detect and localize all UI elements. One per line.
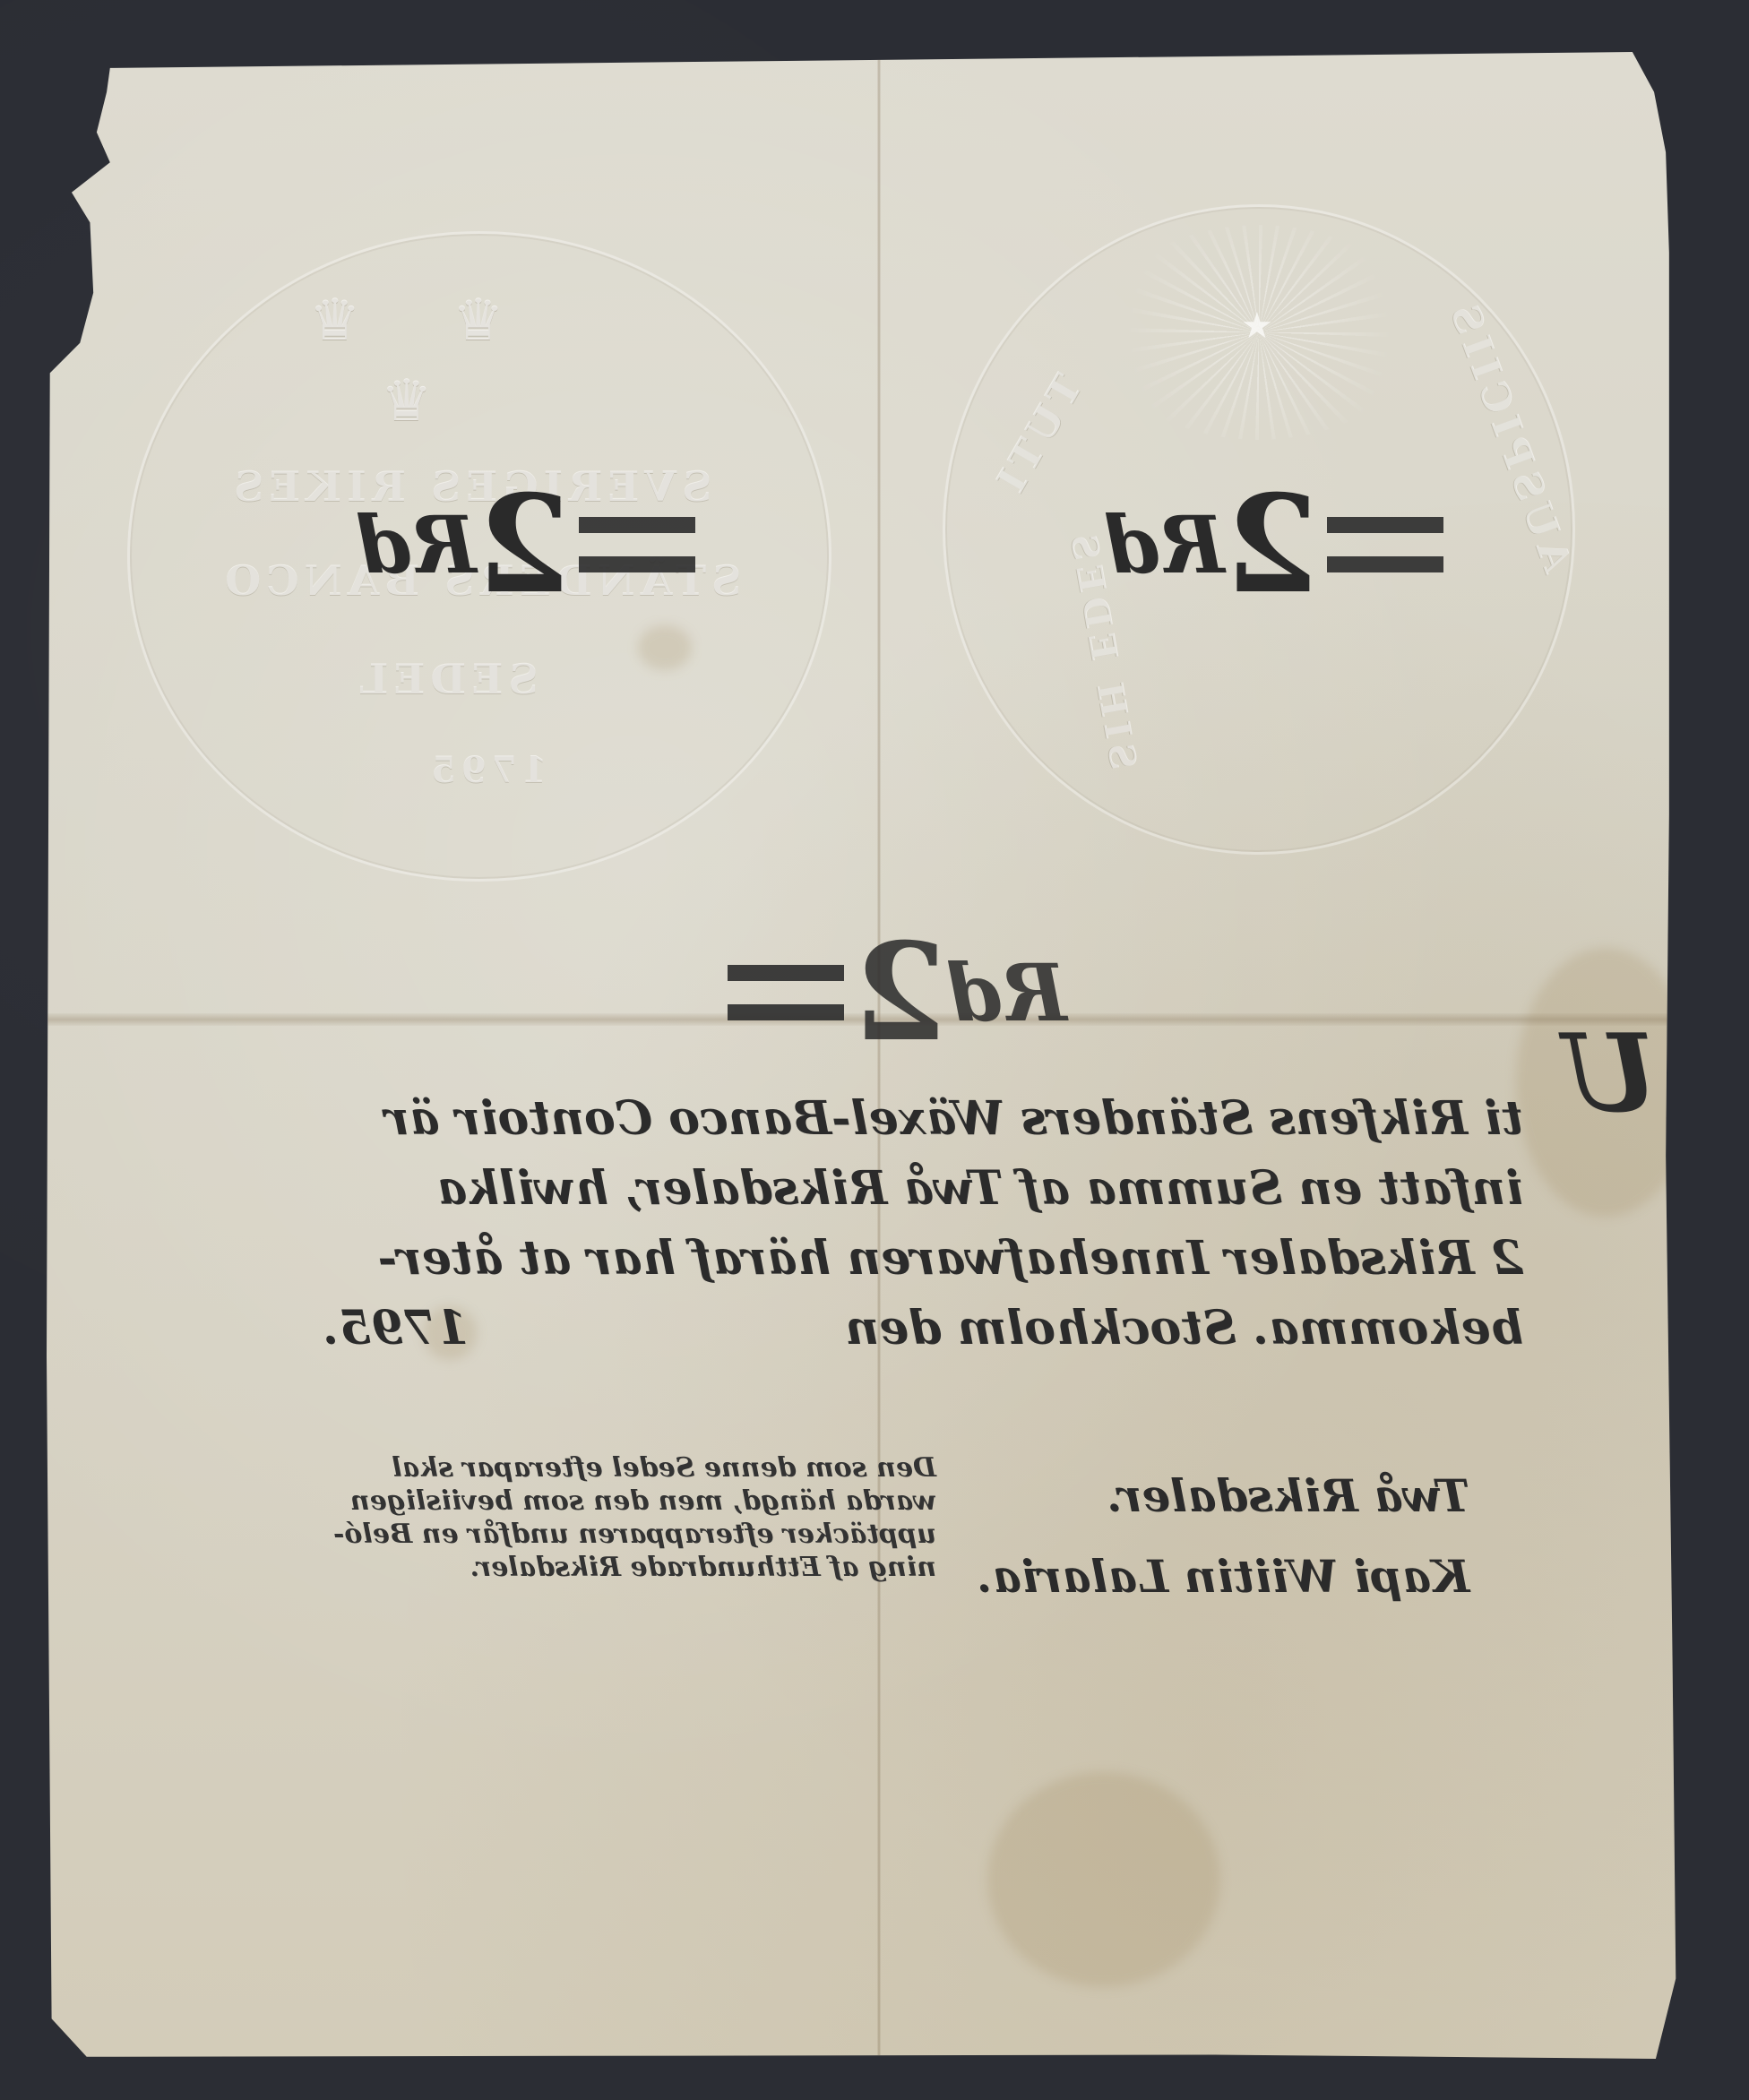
denomination-value: 2 [477, 478, 570, 612]
warning-line: ning af Etthundrade Riksdaler. [309, 1551, 936, 1584]
riksdaler-abbrev: Rd [356, 498, 477, 591]
warning-line: warda hängd, men den som beviisligen [309, 1485, 936, 1518]
crown-icon: ♛ [452, 288, 504, 354]
denomination-value: 2 [853, 925, 946, 1060]
signature-line: Kapi Wiitin Lalaria. [977, 1536, 1469, 1617]
main-promise-text: U ti Rikfens Ständers Wäxel-Banco Contoi… [323, 1084, 1523, 1364]
denomination-top-right: Rd 2 [1104, 478, 1443, 612]
amount-line: Twå Riksdaler. [977, 1456, 1469, 1536]
crown-icon: ♛ [381, 368, 432, 435]
stain [987, 1772, 1220, 1987]
seal-line: 1795 [426, 749, 547, 791]
seal-legend-right: AUSPICIIS [1439, 293, 1580, 578]
equals-bars [728, 965, 844, 1020]
denomination-top-left: Rd 2 [356, 478, 695, 612]
crown-icon: ♛ [309, 288, 360, 354]
seal-legend-left: TUTI [986, 366, 1091, 504]
seal-line: SEDEL [354, 655, 538, 703]
counterfeit-warning: Den som denne Sedel efterapar skal warda… [309, 1451, 936, 1584]
text-line: 2 Riksdaler Innehafwaren häraf har at åt… [323, 1224, 1523, 1294]
star-icon: ★ [1241, 306, 1273, 347]
warning-line: Den som denne Sedel efterapar skal [309, 1451, 936, 1485]
denomination-value: 2 [1225, 478, 1318, 612]
riksdaler-abbrev: Rd [946, 946, 1067, 1039]
text-line: infatt en Summa af Twå Riksdaler, hwilka [323, 1154, 1523, 1224]
amount-signature-block: Twå Riksdaler. Kapi Wiitin Lalaria. [977, 1456, 1469, 1617]
banknote: ♛ ♛ ♛ SVERIGES RIKES STÄNDERS BANCO SEDE… [47, 52, 1716, 2059]
equals-bars [579, 517, 695, 572]
denomination-center: Rd 2 [728, 925, 1067, 1060]
year: 1795. [323, 1294, 469, 1364]
text-line: bekomma. Stockholm den [845, 1294, 1523, 1364]
text-line-with-date: bekomma. Stockholm den 1795. [323, 1294, 1523, 1364]
decorative-initial: U [1564, 1039, 1658, 1109]
text-line: ti Rikfens Ständers Wäxel-Banco Contoir … [323, 1084, 1523, 1154]
riksdaler-abbrev: Rd [1104, 498, 1225, 591]
equals-bars [1327, 517, 1443, 572]
warning-line: upptäcker efterapparen undfår en Beló- [309, 1518, 936, 1551]
